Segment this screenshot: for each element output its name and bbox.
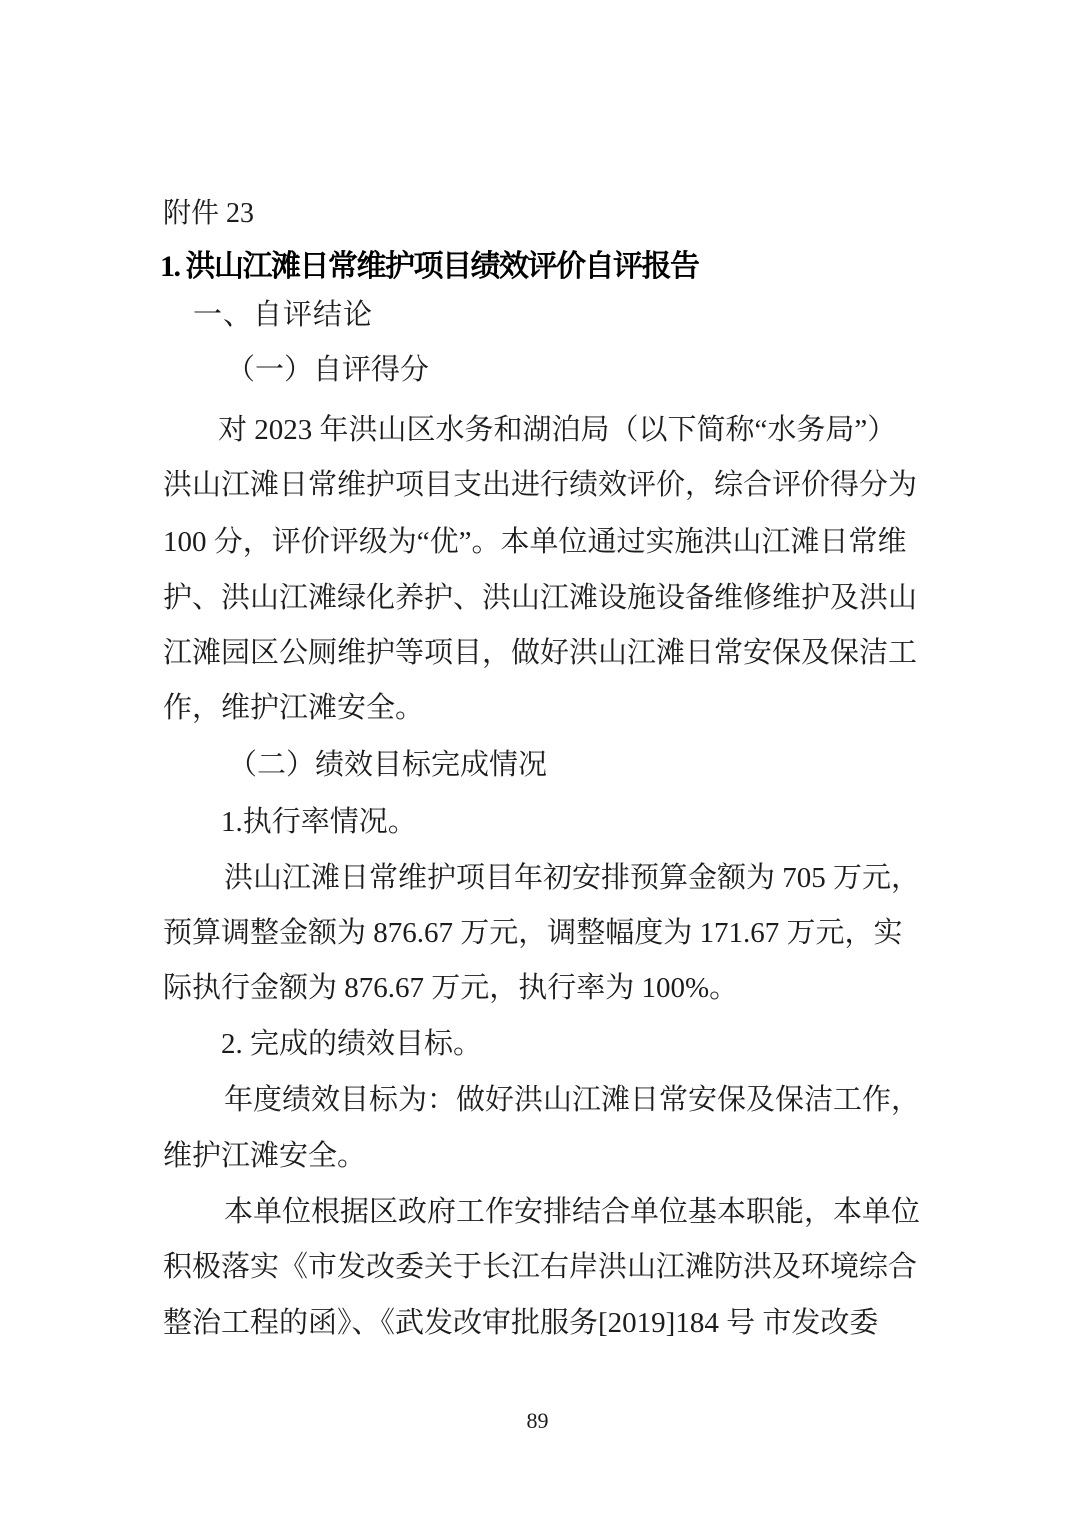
item-1-heading: 1.执行率情况。: [221, 805, 417, 839]
paragraph-4-line-3: 整治工程的函》、《武发改审批服务[2019]184 号 市发改委: [163, 1306, 878, 1340]
page-number: 89: [0, 1408, 1075, 1434]
paragraph-1-line-5: 江滩园区公厕维护等项目，做好洪山江滩日常安保及保洁工: [163, 636, 917, 670]
heading-1-1: （一）自评得分: [226, 353, 429, 387]
paragraph-2-line-2: 预算调整金额为 876.67 万元，调整幅度为 171.67 万元，实: [163, 916, 903, 950]
attachment-label: 附件 23: [163, 197, 254, 231]
paragraph-1-line-6: 作，维护江滩安全。: [163, 691, 424, 725]
paragraph-1-line-3: 100 分，评价评级为“优”。本单位通过实施洪山江滩日常维: [163, 525, 907, 559]
paragraph-3-line-1: 年度绩效目标为：做好洪山江滩日常安保及保洁工作，: [224, 1083, 920, 1117]
paragraph-1-line-1: 对 2023 年洪山区水务和湖泊局（以下简称“水务局”）: [218, 413, 896, 447]
report-title: 1. 洪山江滩日常维护项目绩效评价自评报告: [160, 250, 699, 284]
paragraph-2-line-1: 洪山江滩日常维护项目年初安排预算金额为 705 万元，: [224, 861, 920, 895]
paragraph-1-line-4: 护、洪山江滩绿化养护、洪山江滩设施设备维修维护及洪山: [163, 581, 917, 615]
paragraph-2-line-3: 际执行金额为 876.67 万元，执行率为 100%。: [163, 971, 738, 1005]
paragraph-4-line-1: 本单位根据区政府工作安排结合单位基本职能，本单位: [224, 1195, 920, 1229]
paragraph-3-line-2: 维护江滩安全。: [163, 1139, 366, 1173]
heading-1-2: （二）绩效目标完成情况: [228, 748, 547, 782]
paragraph-1-line-2: 洪山江滩日常维护项目支出进行绩效评价，综合评价得分为: [163, 468, 917, 502]
document-page: 附件 23 1. 洪山江滩日常维护项目绩效评价自评报告 一、自评结论 （一）自评…: [0, 0, 1075, 1520]
item-2-heading: 2. 完成的绩效目标。: [221, 1027, 482, 1061]
heading-section-1: 一、自评结论: [193, 298, 373, 332]
paragraph-4-line-2: 积极落实《市发改委关于长江右岸洪山江滩防洪及环境综合: [163, 1250, 917, 1284]
